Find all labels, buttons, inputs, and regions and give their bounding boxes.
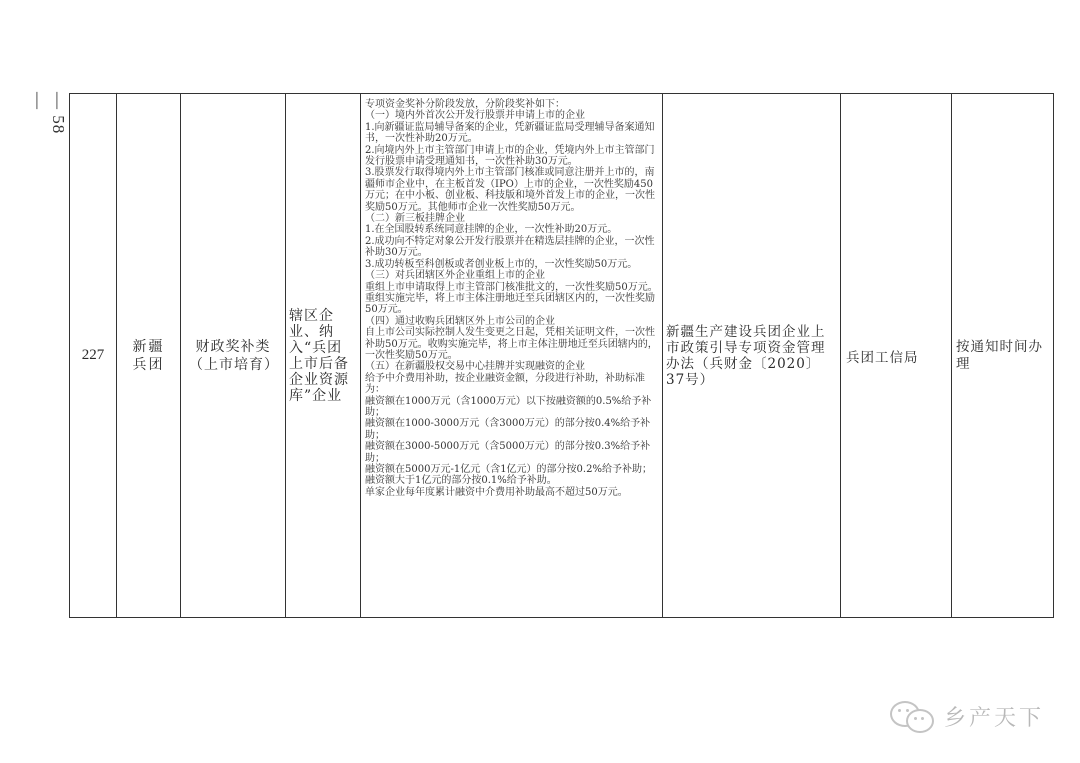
cell-region: 新疆 兵团 bbox=[117, 94, 181, 618]
policy-table: 227 新疆 兵团 财政奖补类（上市培育） 辖区企业、纳入“兵团上市后备企业资源… bbox=[69, 93, 1054, 618]
content-line: （二）新三板挂牌企业 bbox=[365, 213, 658, 224]
category-text: 财政奖补类（上市培育） bbox=[181, 338, 285, 374]
content-line: （三）对兵团辖区外企业重组上市的企业 bbox=[365, 270, 658, 281]
cell-target: 辖区企业、纳入“兵团上市后备企业资源库”企业 bbox=[286, 94, 361, 618]
wechat-icon bbox=[888, 699, 936, 733]
content-line: 融资额在1000-3000万元（含3000万元）的部分按0.4%给予补助； bbox=[365, 418, 658, 441]
content-line: 融资额在1000万元（含1000万元）以下按融资额的0.5%给予补助； bbox=[365, 396, 658, 419]
cell-index: 227 bbox=[70, 94, 117, 618]
content-line: 2.向境内外上市主管部门申请上市的企业，凭境内外上市主管部门发行股票申请受理通知… bbox=[365, 145, 658, 168]
cell-policy-basis: 新疆生产建设兵团企业上市政策引导专项资金管理办法（兵财金〔2020〕37号） bbox=[663, 94, 841, 618]
cell-category: 财政奖补类（上市培育） bbox=[181, 94, 286, 618]
watermark-text: 乡产天下 bbox=[944, 701, 1044, 732]
content-line: （一）境内外首次公开发行股票并申请上市的企业 bbox=[365, 110, 658, 121]
content-line: 专项资金奖补分阶段发放，分阶段奖补如下： bbox=[365, 99, 658, 110]
table-row: 227 新疆 兵团 财政奖补类（上市培育） 辖区企业、纳入“兵团上市后备企业资源… bbox=[70, 94, 1054, 618]
content-line: 1.向新疆证监局辅导备案的企业，凭新疆证监局受理辅导备案通知书，一次性补助20万… bbox=[365, 122, 658, 145]
content-line: 3.成功转板至科创板或者创业板上市的，一次性奖励50万元。 bbox=[365, 259, 658, 270]
content-line: 单家企业每年度累计融资中介费用补助最高不超过50万元。 bbox=[365, 487, 658, 498]
content-line: 3.股票发行取得境内外上市主管部门核准或同意注册并上市的，南疆师市企业中，在主板… bbox=[365, 167, 658, 213]
watermark: 乡产天下 bbox=[888, 699, 1044, 733]
region-text: 新疆 兵团 bbox=[117, 338, 180, 374]
content-line: （五）在新疆股权交易中心挂牌并实现融资的企业 bbox=[365, 361, 658, 372]
content-line: 自上市公司实际控制人发生变更之日起，凭相关证明文件，一次性补助50万元。收购实施… bbox=[365, 327, 658, 361]
content-line: 给予中介费用补助，按企业融资金额，分段进行补助，补助标准为： bbox=[365, 373, 658, 396]
cell-time: 按通知时间办理 bbox=[952, 94, 1054, 618]
content-line: 融资额在5000万元-1亿元（含1亿元）的部分按0.2%给予补助； bbox=[365, 464, 658, 475]
cell-content: 专项资金奖补分阶段发放，分阶段奖补如下： （一）境内外首次公开发行股票并申请上市… bbox=[361, 94, 663, 618]
content-line: 融资额在3000-5000万元（含5000万元）的部分按0.3%给予补助； bbox=[365, 441, 658, 464]
content-line: 融资额大于1亿元的部分按0.1%给予补助。 bbox=[365, 475, 658, 486]
content-line: 重组上市申请取得上市主管部门核准批文的，一次性奖励50万元。重组实施完毕，将上市… bbox=[365, 282, 658, 316]
content-line: （四）通过收购兵团辖区外上市公司的企业 bbox=[365, 316, 658, 327]
content-line: 1.在全国股转系统同意挂牌的企业，一次性补助20万元。 bbox=[365, 224, 658, 235]
cell-department: 兵团工信局 bbox=[841, 94, 952, 618]
content-line: 2.成功向不特定对象公开发行股票并在精选层挂牌的企业，一次性补助30万元。 bbox=[365, 236, 658, 259]
